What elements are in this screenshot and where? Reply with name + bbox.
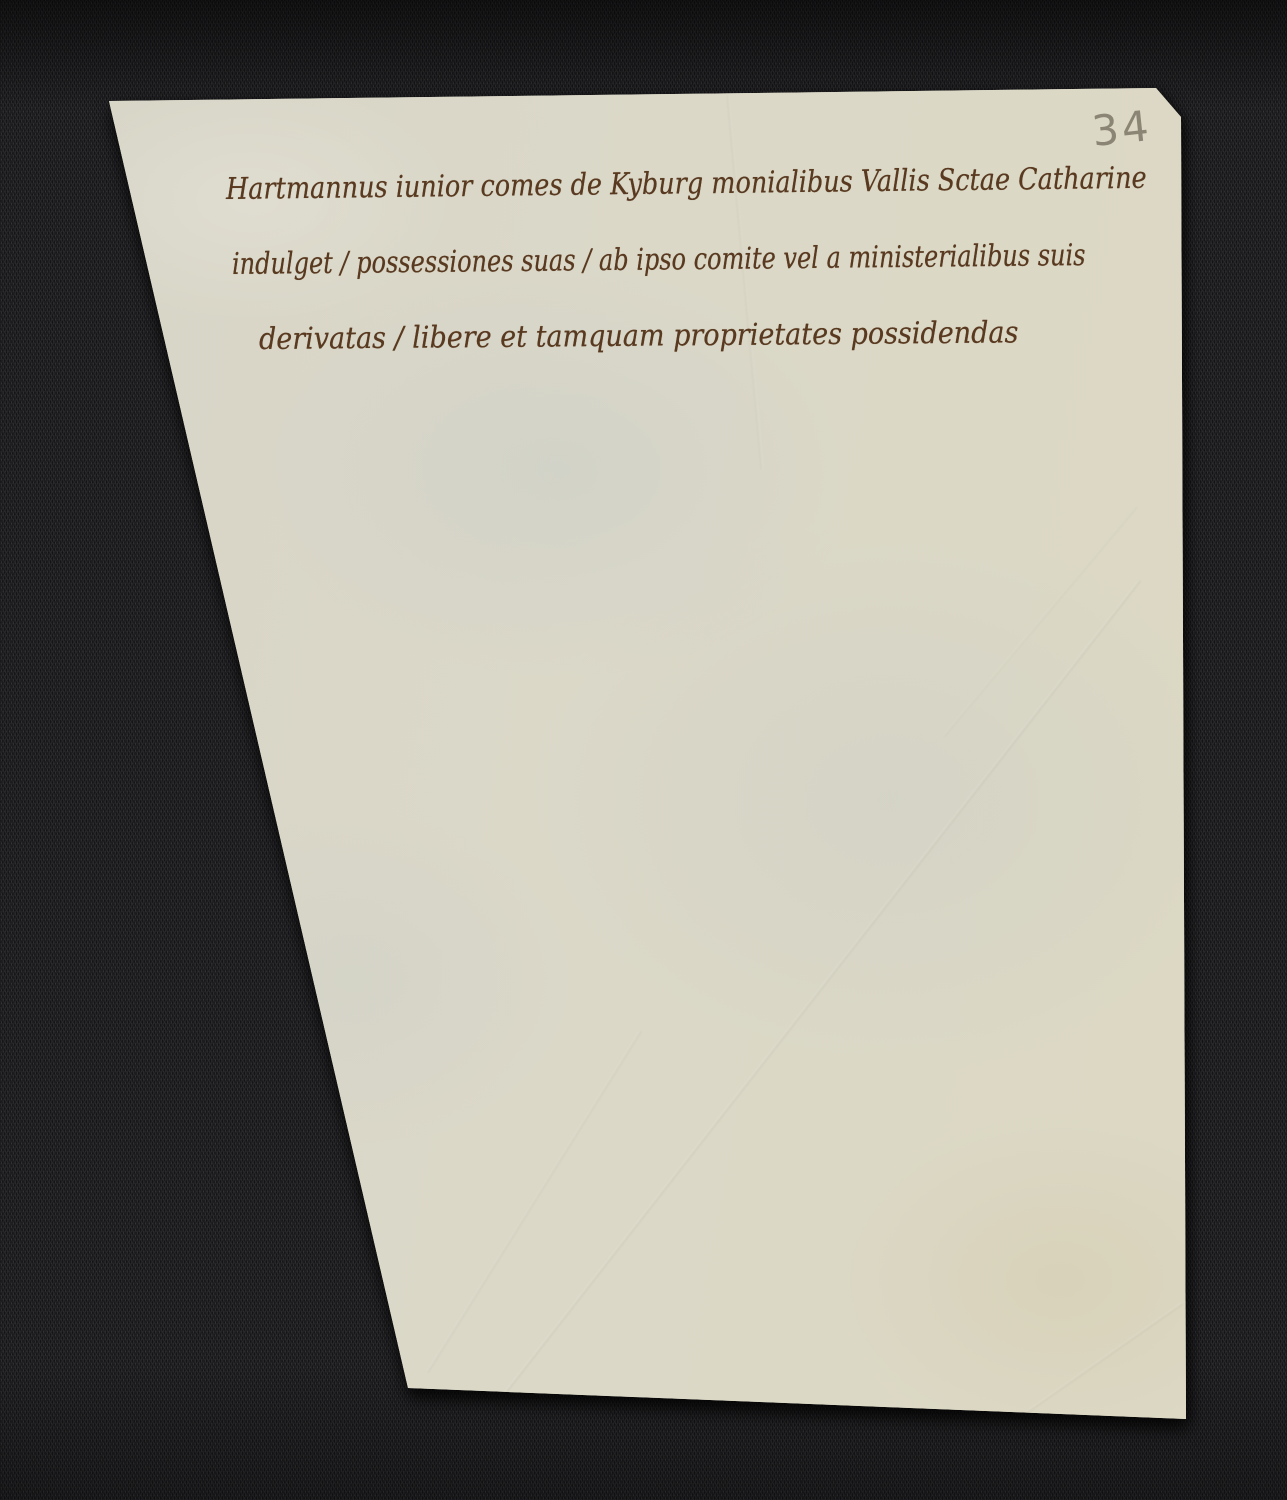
paper-shadow-wrapper: 34 Hartmannus iunior comes de Kyburg mon… xyxy=(0,0,1287,1500)
manuscript-line: derivatas / libere et tamquam proprietat… xyxy=(259,315,1019,357)
paper-crease xyxy=(504,579,1141,1393)
manuscript-page: 34 Hartmannus iunior comes de Kyburg mon… xyxy=(0,0,1287,1500)
scanned-document-view: 34 Hartmannus iunior comes de Kyburg mon… xyxy=(0,0,1287,1500)
page-number: 34 xyxy=(1090,101,1154,156)
paper-crease xyxy=(942,506,1137,738)
manuscript-line: Hartmannus iunior comes de Kyburg monial… xyxy=(226,161,1147,207)
manuscript-line: indulget / possessiones suas / ab ipso c… xyxy=(232,238,1086,282)
paper-crease xyxy=(426,1030,642,1373)
paper-crease xyxy=(1004,1302,1183,1429)
paper-crease xyxy=(726,95,763,470)
